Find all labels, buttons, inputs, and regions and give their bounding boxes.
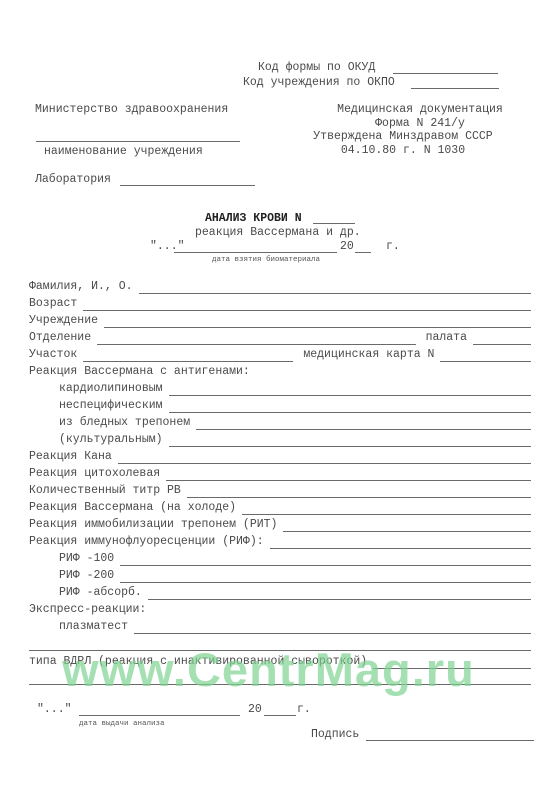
wassermann-heading-row: Реакция Вассермана с антигенами: [29, 365, 531, 379]
pale-treponema-row: из бледных трепонем [59, 416, 531, 430]
sample-year-field[interactable] [355, 252, 371, 253]
cultural-label: (культуральным) [59, 433, 169, 447]
vdrl-label: типа ВДРЛ (реакция с инактивированной сы… [29, 655, 373, 669]
rif-field[interactable] [270, 537, 531, 549]
rif100-field[interactable] [120, 554, 531, 566]
cytocholic-label: Реакция цитохолевая [29, 467, 166, 481]
surname-field[interactable] [139, 282, 531, 294]
rif100-label: РИФ -100 [59, 552, 120, 566]
department-row: Отделение палата [29, 331, 531, 345]
cardiolipin-row: кардиолипиновым [59, 382, 531, 396]
issue-date-caption: дата выдачи анализа [79, 717, 165, 731]
wassermann-antigens-label: Реакция Вассермана с антигенами: [29, 365, 256, 379]
titer-label: Количественный титр РВ [29, 484, 187, 498]
department-label: Отделение [29, 331, 97, 345]
rif200-field[interactable] [120, 571, 531, 583]
issue-year-prefix: 20 [248, 703, 262, 717]
age-field[interactable] [83, 299, 531, 311]
rif-abs-field[interactable] [148, 588, 531, 600]
plasmatest-row: плазматест [59, 620, 531, 634]
vdrl-extra-field[interactable] [29, 684, 531, 685]
approved-date: 04.10.80 г. N 1030 [300, 144, 506, 158]
express-extra-field[interactable] [29, 650, 531, 651]
signature-label: Подпись [311, 728, 359, 742]
signature-field[interactable] [366, 740, 534, 741]
analysis-number-field[interactable] [313, 223, 355, 224]
nonspecific-label: неспецифическим [59, 399, 169, 413]
watermark: www.CentrMag.ru [62, 645, 475, 695]
institution-caption: наименование учреждения [44, 145, 203, 159]
okpo-field[interactable] [411, 88, 499, 89]
wassermann-cold-field[interactable] [242, 503, 531, 515]
rit-label: Реакция иммобилизации трепонем (РИТ) [29, 518, 283, 532]
okud-label: Код формы по ОКУД [258, 61, 375, 75]
rit-field[interactable] [283, 520, 531, 532]
rif200-row: РИФ -200 [59, 569, 531, 583]
institution-name-field[interactable] [36, 141, 240, 142]
titer-field[interactable] [187, 486, 531, 498]
cytocholic-field[interactable] [166, 469, 531, 481]
surname-label: Фамилия, И., О. [29, 280, 139, 294]
rif-abs-label: РИФ -абсорб. [59, 586, 148, 600]
express-label: Экспресс-реакции: [29, 603, 152, 617]
med-doc-label: Медицинская документация [300, 103, 540, 117]
age-row: Возраст [29, 297, 531, 311]
pale-treponema-field[interactable] [196, 418, 531, 430]
cultural-field[interactable] [169, 435, 531, 447]
institution-field[interactable] [104, 316, 531, 328]
kahn-label: Реакция Кана [29, 450, 118, 464]
kahn-row: Реакция Кана [29, 450, 531, 464]
kahn-field[interactable] [118, 452, 531, 464]
med-card-label: медицинская карта N [293, 348, 440, 362]
cultural-row: (культуральным) [59, 433, 531, 447]
rif-label: Реакция иммунофлуоресценции (РИФ): [29, 535, 270, 549]
district-field[interactable] [83, 350, 293, 362]
issue-date-quote: "..." [37, 703, 72, 717]
rif200-label: РИФ -200 [59, 569, 120, 583]
okpo-label: Код учреждения по ОКПО [243, 76, 395, 90]
surname-row: Фамилия, И., О. [29, 280, 531, 294]
ward-field[interactable] [473, 333, 531, 345]
issue-date-field[interactable] [79, 715, 240, 716]
issue-year-field[interactable] [264, 715, 296, 716]
med-card-field[interactable] [440, 350, 531, 362]
express-heading-row: Экспресс-реакции: [29, 603, 531, 617]
form-number: Форма N 241/у [300, 117, 540, 131]
cytocholic-row: Реакция цитохолевая [29, 467, 531, 481]
titer-row: Количественный титр РВ [29, 484, 531, 498]
laboratory-field[interactable] [120, 185, 255, 186]
year-suffix: г. [386, 240, 400, 254]
pale-treponema-label: из бледных трепонем [59, 416, 196, 430]
rif-row: Реакция иммунофлуоресценции (РИФ): [29, 535, 531, 549]
subtitle: реакция Вассермана и др. [195, 226, 361, 240]
wassermann-cold-label: Реакция Вассермана (на холоде) [29, 501, 242, 515]
okud-field[interactable] [393, 73, 498, 74]
cardiolipin-field[interactable] [169, 384, 531, 396]
sample-date-caption: дата взятия биоматериала [212, 253, 320, 267]
vdrl-row: типа ВДРЛ (реакция с инактивированной сы… [29, 655, 531, 669]
rif100-row: РИФ -100 [59, 552, 531, 566]
institution-label: Учреждение [29, 314, 104, 328]
ministry-label: Министерство здравоохранения [35, 103, 228, 117]
issue-year-suffix: г. [297, 703, 311, 717]
nonspecific-field[interactable] [169, 401, 531, 413]
vdrl-field[interactable] [373, 657, 531, 669]
district-row: Участок медицинская карта N [29, 348, 531, 362]
laboratory-label: Лаборатория [35, 173, 111, 187]
age-label: Возраст [29, 297, 83, 311]
plasmatest-field[interactable] [134, 622, 531, 634]
department-field[interactable] [97, 333, 415, 345]
wassermann-cold-row: Реакция Вассермана (на холоде) [29, 501, 531, 515]
year-prefix: 20 [340, 240, 354, 254]
district-label: Участок [29, 348, 83, 362]
approved-by: Утверждена Минздравом СССР [300, 130, 506, 144]
cardiolipin-label: кардиолипиновым [59, 382, 169, 396]
page-title: АНАЛИЗ КРОВИ N [205, 212, 302, 226]
plasmatest-label: плазматест [59, 620, 134, 634]
nonspecific-row: неспецифическим [59, 399, 531, 413]
ward-label: палата [416, 331, 473, 345]
rif-abs-row: РИФ -абсорб. [59, 586, 531, 600]
rit-row: Реакция иммобилизации трепонем (РИТ) [29, 518, 531, 532]
institution-row: Учреждение [29, 314, 531, 328]
